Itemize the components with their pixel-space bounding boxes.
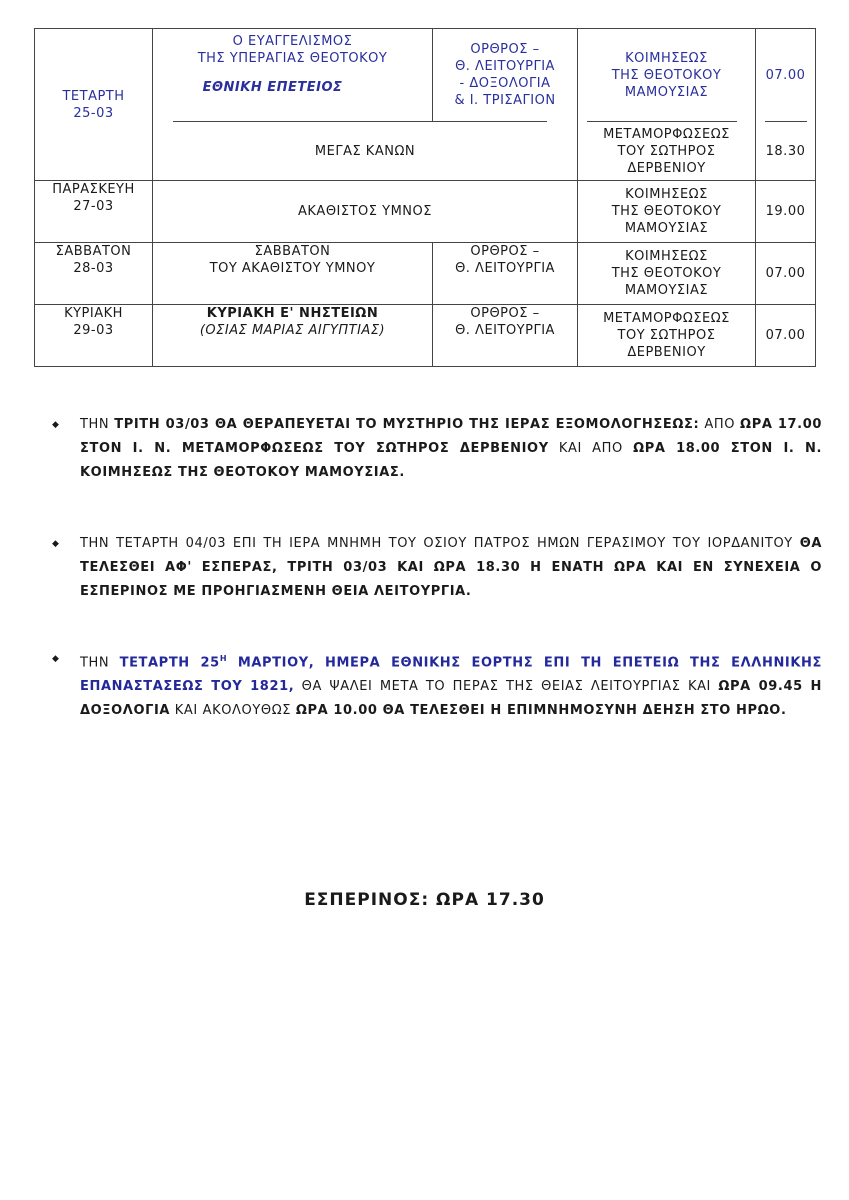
- church-text: ΤΟΥ ΣΩΤΗΡΟΣ: [618, 143, 716, 160]
- church-text: ΜΕΤΑΜΟΡΦΩΣΕΩΣ: [603, 310, 730, 327]
- feast-cell: ΣΑΒΒΑΤΟΝ ΤΟΥ ΑΚΑΘΙΣΤΟΥ ΥΜΝΟΥ: [153, 243, 432, 304]
- text-span: ΤΗΝ: [80, 655, 120, 670]
- church-text: ΜΑΜΟΥΣΙΑΣ: [625, 84, 708, 101]
- text-span: ΤΗΝ: [80, 417, 114, 432]
- diamond-bullet-icon: ◆: [52, 532, 60, 556]
- time-cell: 07.00: [756, 305, 815, 366]
- service-cell: ΟΡΘΡΟΣ – Θ. ΛΕΙΤΟΥΡΓΙΑ - ΔΟΞΟΛΟΓΙΑ & Ι. …: [433, 29, 577, 121]
- time-cell: 07.00: [756, 243, 815, 304]
- day-date: 27-03: [73, 198, 113, 215]
- schedule-table: ΤΕΤΑΡΤΗ 25-03 Ο ΕΥΑΓΓΕΛΙΣΜΟΣ ΤΗΣ ΥΠΕΡΑΓΙ…: [34, 28, 816, 367]
- day-name: ΤΕΤΑΡΤΗ: [62, 88, 124, 105]
- day-name: ΚΥΡΙΑΚΗ: [64, 305, 123, 322]
- time-text: 07.00: [766, 67, 806, 84]
- feast-title: ΤΟΥ ΑΚΑΘΙΣΤΟΥ ΥΜΝΟΥ: [210, 260, 376, 277]
- announcement-text: ΤΗΝ ΤΕΤΑΡΤΗ 25Η ΜΑΡΤΙΟΥ, ΗΜΕΡΑ ΕΘΝΙΚΗΣ Ε…: [80, 647, 822, 723]
- church-text: ΜΑΜΟΥΣΙΑΣ: [625, 220, 708, 237]
- day-name: ΣΑΒΒΑΤΟΝ: [56, 243, 132, 260]
- service-cell: ΑΚΑΘΙΣΤΟΣ ΥΜΝΟΣ: [153, 181, 577, 242]
- announcement-item: ◆ ΤΗΝ ΤΕΤΑΡΤΗ 25Η ΜΑΡΤΙΟΥ, ΗΜΕΡΑ ΕΘΝΙΚΗΣ…: [52, 647, 822, 723]
- service-cell: ΟΡΘΡΟΣ – Θ. ΛΕΙΤΟΥΡΓΙΑ: [433, 243, 577, 304]
- church-text: ΚΟΙΜΗΣΕΩΣ: [625, 248, 708, 265]
- service-text: ΟΡΘΡΟΣ –: [470, 305, 539, 322]
- vespers-time: ΕΣΠΕΡΙΝΟΣ: ΩΡΑ 17.30: [0, 890, 849, 910]
- time-text: 07.00: [766, 327, 806, 344]
- day-date: 29-03: [73, 322, 113, 339]
- church-text: ΔΕΡΒΕΝΙΟΥ: [627, 344, 705, 361]
- service-text: Θ. ΛΕΙΤΟΥΡΓΙΑ: [455, 322, 555, 339]
- time-cell: 19.00: [756, 181, 815, 242]
- text-span: ΩΡΑ 10.00 ΘΑ ΤΕΛΕΣΘΕΙ Η ΕΠΙΜΝΗΜΟΣΥΝΗ ΔΕΗ…: [296, 703, 787, 718]
- feast-title: Ο ΕΥΑΓΓΕΛΙΣΜΟΣ: [233, 33, 353, 50]
- church-text: ΜΑΜΟΥΣΙΑΣ: [625, 282, 708, 299]
- text-span: ΤΕΤΑΡΤΗ 25: [120, 655, 220, 670]
- service-cell: ΜΕΓΑΣ ΚΑΝΩΝ: [153, 122, 577, 180]
- time-text: 18.30: [766, 143, 806, 160]
- text-span: ΤΗΝ ΤΕΤΑΡΤΗ 04/03 ΕΠΙ ΤΗ ΙΕΡΑ ΜΝΗΜΗ ΤΟΥ …: [80, 536, 800, 551]
- church-text: ΜΕΤΑΜΟΡΦΩΣΕΩΣ: [603, 126, 730, 143]
- feast-title: ΚΥΡΙΑΚΗ Ε' ΝΗΣΤΕΙΩΝ: [207, 305, 378, 322]
- church-text: ΚΟΙΜΗΣΕΩΣ: [625, 186, 708, 203]
- feast-note: ΕΘΝΙΚΗ ΕΠΕΤΕΙΟΣ: [203, 79, 343, 96]
- text-span: Η: [220, 654, 227, 663]
- day-name: ΠΑΡΑΣΚΕΥΗ: [52, 181, 135, 198]
- church-text: ΤΗΣ ΘΕΟΤΟΚΟΥ: [612, 265, 722, 282]
- service-text: Θ. ΛΕΙΤΟΥΡΓΙΑ: [455, 260, 555, 277]
- day-cell: ΣΑΒΒΑΤΟΝ 28-03: [35, 243, 152, 304]
- announcement-text: ΤΗΝ ΤΕΤΑΡΤΗ 04/03 ΕΠΙ ΤΗ ΙΕΡΑ ΜΝΗΜΗ ΤΟΥ …: [80, 532, 822, 604]
- church-cell: ΜΕΤΑΜΟΡΦΩΣΕΩΣ ΤΟΥ ΣΩΤΗΡΟΣ ΔΕΡΒΕΝΙΟΥ: [578, 122, 755, 180]
- church-cell: ΚΟΙΜΗΣΕΩΣ ΤΗΣ ΘΕΟΤΟΚΟΥ ΜΑΜΟΥΣΙΑΣ: [578, 181, 755, 242]
- service-cell: ΟΡΘΡΟΣ – Θ. ΛΕΙΤΟΥΡΓΙΑ: [433, 305, 577, 366]
- service-text: ΜΕΓΑΣ ΚΑΝΩΝ: [315, 143, 415, 160]
- church-cell: ΜΕΤΑΜΟΡΦΩΣΕΩΣ ΤΟΥ ΣΩΤΗΡΟΣ ΔΕΡΒΕΝΙΟΥ: [578, 305, 755, 366]
- church-text: ΚΟΙΜΗΣΕΩΣ: [625, 50, 708, 67]
- church-cell: ΚΟΙΜΗΣΕΩΣ ΤΗΣ ΘΕΟΤΟΚΟΥ ΜΑΜΟΥΣΙΑΣ: [578, 29, 755, 121]
- time-text: 19.00: [766, 203, 806, 220]
- feast-cell: Ο ΕΥΑΓΓΕΛΙΣΜΟΣ ΤΗΣ ΥΠΕΡΑΓΙΑΣ ΘΕΟΤΟΚΟΥ ΕΘ…: [153, 29, 432, 121]
- service-text: ΟΡΘΡΟΣ –: [470, 41, 539, 58]
- text-span: ΑΠΟ: [699, 417, 740, 432]
- announcement-item: ◆ ΤΗΝ ΤΡΙΤΗ 03/03 ΘΑ ΘΕΡΑΠΕΥΕΤΑΙ ΤΟ ΜΥΣΤ…: [52, 413, 822, 485]
- church-text: ΤΗΣ ΘΕΟΤΟΚΟΥ: [612, 67, 722, 84]
- church-text: ΤΗΣ ΘΕΟΤΟΚΟΥ: [612, 203, 722, 220]
- time-text: 07.00: [766, 265, 806, 282]
- service-text: Θ. ΛΕΙΤΟΥΡΓΙΑ: [455, 58, 555, 75]
- feast-title: ΣΑΒΒΑΤΟΝ: [255, 243, 331, 260]
- day-cell: ΚΥΡΙΑΚΗ 29-03: [35, 305, 152, 366]
- diamond-bullet-icon: ◆: [52, 413, 60, 437]
- feast-subtitle: (ΟΣΙΑΣ ΜΑΡΙΑΣ ΑΙΓΥΠΤΙΑΣ): [200, 322, 385, 339]
- text-span: ΚΑΙ ΑΠΟ: [549, 441, 633, 456]
- day-cell: ΤΕΤΑΡΤΗ 25-03: [35, 29, 152, 180]
- time-cell: 07.00: [756, 29, 815, 121]
- service-text: ΑΚΑΘΙΣΤΟΣ ΥΜΝΟΣ: [298, 203, 432, 220]
- text-span: ΘΑ ΨΑΛΕΙ ΜΕΤΑ ΤΟ ΠΕΡΑΣ ΤΗΣ ΘΕΙΑΣ ΛΕΙΤΟΥΡ…: [294, 679, 718, 694]
- diamond-bullet-icon: ◆: [52, 647, 60, 671]
- church-cell: ΚΟΙΜΗΣΕΩΣ ΤΗΣ ΘΕΟΤΟΚΟΥ ΜΑΜΟΥΣΙΑΣ: [578, 243, 755, 304]
- day-cell: ΠΑΡΑΣΚΕΥΗ 27-03: [35, 181, 152, 242]
- service-text: ΟΡΘΡΟΣ –: [470, 243, 539, 260]
- day-date: 25-03: [73, 105, 113, 122]
- day-date: 28-03: [73, 260, 113, 277]
- text-span: ΤΡΙΤΗ 03/03 ΘΑ ΘΕΡΑΠΕΥΕΤΑΙ ΤΟ ΜΥΣΤΗΡΙΟ Τ…: [114, 417, 699, 432]
- feast-cell: ΚΥΡΙΑΚΗ Ε' ΝΗΣΤΕΙΩΝ (ΟΣΙΑΣ ΜΑΡΙΑΣ ΑΙΓΥΠΤ…: [153, 305, 432, 366]
- service-text: - ΔΟΞΟΛΟΓΙΑ: [460, 75, 551, 92]
- church-text: ΤΟΥ ΣΩΤΗΡΟΣ: [618, 327, 716, 344]
- text-span: ΚΑΙ ΑΚΟΛΟΥΘΩΣ: [170, 703, 296, 718]
- service-text: & Ι. ΤΡΙΣΑΓΙΟΝ: [454, 92, 555, 109]
- announcement-text: ΤΗΝ ΤΡΙΤΗ 03/03 ΘΑ ΘΕΡΑΠΕΥΕΤΑΙ ΤΟ ΜΥΣΤΗΡ…: [80, 413, 822, 485]
- feast-title: ΤΗΣ ΥΠΕΡΑΓΙΑΣ ΘΕΟΤΟΚΟΥ: [198, 50, 388, 67]
- time-cell: 18.30: [756, 122, 815, 180]
- church-text: ΔΕΡΒΕΝΙΟΥ: [627, 160, 705, 177]
- announcement-item: ◆ ΤΗΝ ΤΕΤΑΡΤΗ 04/03 ΕΠΙ ΤΗ ΙΕΡΑ ΜΝΗΜΗ ΤΟ…: [52, 532, 822, 604]
